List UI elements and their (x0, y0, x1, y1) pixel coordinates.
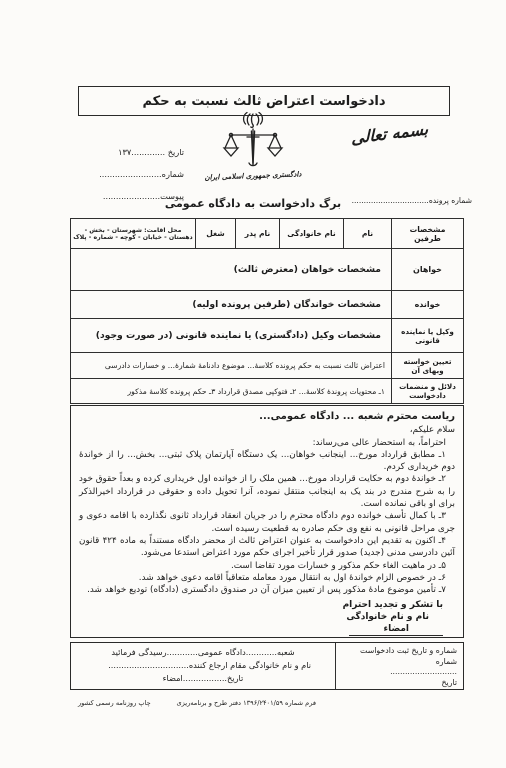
col-father-name: نام پدر (236, 219, 280, 249)
petition-body-box: ریاست محترم شعبه ... دادگاه عمومی... سلا… (70, 405, 464, 638)
registration-dots: ........................... (342, 667, 457, 678)
footer-form-number: فرم شماره ۱۳۹۶/۲۴۰۱/۵۹ دفتر طرح و برنامه… (176, 699, 316, 707)
registration-stamp-cell: شماره و تاریخ ثبت دادخواست شماره .......… (335, 643, 463, 689)
greeting: سلام علیکم، (79, 424, 455, 436)
registration-number-label: شماره (342, 657, 457, 668)
salutation: ریاست محترم شعبه ... دادگاه عمومی... (79, 411, 455, 423)
row-content-claim: اعتراض ثالث نسبت به حکم پرونده کلاسهٔ...… (71, 353, 392, 379)
row-content-attorney: مشخصات وکیل (دادگستری) یا نماینده قانونی… (71, 319, 392, 353)
judiciary-emblem-icon (218, 111, 288, 175)
petition-item-2: ۲ـ خواندهٔ دوم به حکایت قرارداد مورخ... … (79, 473, 455, 510)
row-label-claim: تعیین خواسته وبهای آن (392, 353, 464, 379)
referral-cell: شعبه............دادگاه عمومی............… (71, 643, 335, 689)
closing-name-label: نام و نام خانوادگی (293, 611, 443, 623)
date-line: تاریخ .............۱۳۷ (70, 141, 184, 163)
petition-form-page: دادخواست اعتراض ثالث نسبت به حکم بسمه تع… (0, 0, 506, 768)
parties-header-row: مشخصات طرفین نام نام خانوادگی نام پدر شغ… (71, 219, 464, 249)
row-content-defendant: مشخصات خواندگان (طرفین پرونده اولیه) (71, 291, 392, 319)
referral-branch-line: شعبه............دادگاه عمومی............… (81, 646, 325, 659)
table-row-defendant: خوانده مشخصات خواندگان (طرفین پرونده اول… (71, 291, 464, 319)
row-label-evidence: دلائل و منضمات دادخواست (392, 379, 464, 404)
col-residence: محل اقامت: شهرستان - بخش - دهستان - خیاب… (71, 219, 196, 249)
closing-thanks: با تشکر و تجدید احترام (293, 599, 443, 611)
petition-item-3: ۳ـ با کمال تأسف خوانده دوم دادگاه محترم … (79, 510, 455, 535)
table-row-claim: تعیین خواسته وبهای آن اعتراض ثالث نسبت ب… (71, 353, 464, 379)
row-label-defendant: خوانده (392, 291, 464, 319)
parties-table: مشخصات طرفین نام نام خانوادگی نام پدر شغ… (70, 218, 464, 404)
row-label-attorney: وکیل یا نماینده قانونی (392, 319, 464, 353)
referral-officer-line: نام و نام خانوادگی مقام ارجاع کننده.....… (81, 659, 325, 672)
emblem-caption: دادگستری جمهوری اسلامی ایران (193, 170, 313, 182)
table-row-plaintiff: خواهان مشخصات خواهان (معترض ثالث) (71, 249, 464, 291)
petition-item-1: ۱ـ مطابق قرارداد مورخ... اینجانب خواهان.… (79, 449, 455, 474)
registration-table: شماره و تاریخ ثبت دادخواست شماره .......… (70, 642, 464, 690)
registration-date-label: تاریخ (342, 678, 457, 689)
table-row-evidence: دلائل و منضمات دادخواست ۱ـ محتویات پروند… (71, 379, 464, 404)
row-content-evidence: ۱ـ محتویات پروندهٔ کلاسهٔ... ۲ـ فتوکپی م… (71, 379, 392, 404)
row-content-plaintiff: مشخصات خواهان (معترض ثالث) (71, 249, 392, 291)
number-line: شماره........................ (70, 163, 184, 185)
petition-item-7: ۷ـ تأمین موضوع مادهٔ مذکور پس از تعیین م… (79, 584, 455, 596)
intro-line: احتراماً، به استحضار عالی می‌رساند: (79, 437, 455, 449)
col-parties: مشخصات طرفین (392, 219, 464, 249)
petition-item-6: ۶ـ در خصوص الزام خواندهٔ اول به انتقال م… (79, 572, 455, 584)
petition-item-4: ۴ـ اکنون به تقدیم این دادخواست به عنوان … (79, 535, 455, 560)
col-family-name: نام خانوادگی (280, 219, 344, 249)
form-subtitle: برگ دادخواست به دادگاه عمومی (0, 197, 506, 210)
col-occupation: شغل (196, 219, 236, 249)
registration-title: شماره و تاریخ ثبت دادخواست (342, 646, 457, 657)
table-row-attorney: وکیل یا نماینده قانونی مشخصات وکیل (دادگ… (71, 319, 464, 353)
footer-printer: چاپ روزنامه رسمی کشور (78, 699, 151, 707)
page-title: دادخواست اعتراض ثالث نسبت به حکم (142, 94, 385, 109)
besmele-calligraphy: بسمه تعالی (351, 119, 428, 148)
footer-print-line: فرم شماره ۱۳۹۶/۲۴۰۱/۵۹ دفتر طرح و برنامه… (78, 699, 316, 707)
referral-date-signature-line: تاریخ.................امضاء (81, 672, 325, 685)
closing-block: با تشکر و تجدید احترام نام و نام خانوادگ… (293, 599, 443, 636)
signature-label: امضاء (349, 623, 443, 636)
petition-item-5: ۵ـ در ماهیت الغاء حکم مذکور و خسارات مور… (79, 560, 455, 572)
row-label-plaintiff: خواهان (392, 249, 464, 291)
col-name: نام (344, 219, 392, 249)
